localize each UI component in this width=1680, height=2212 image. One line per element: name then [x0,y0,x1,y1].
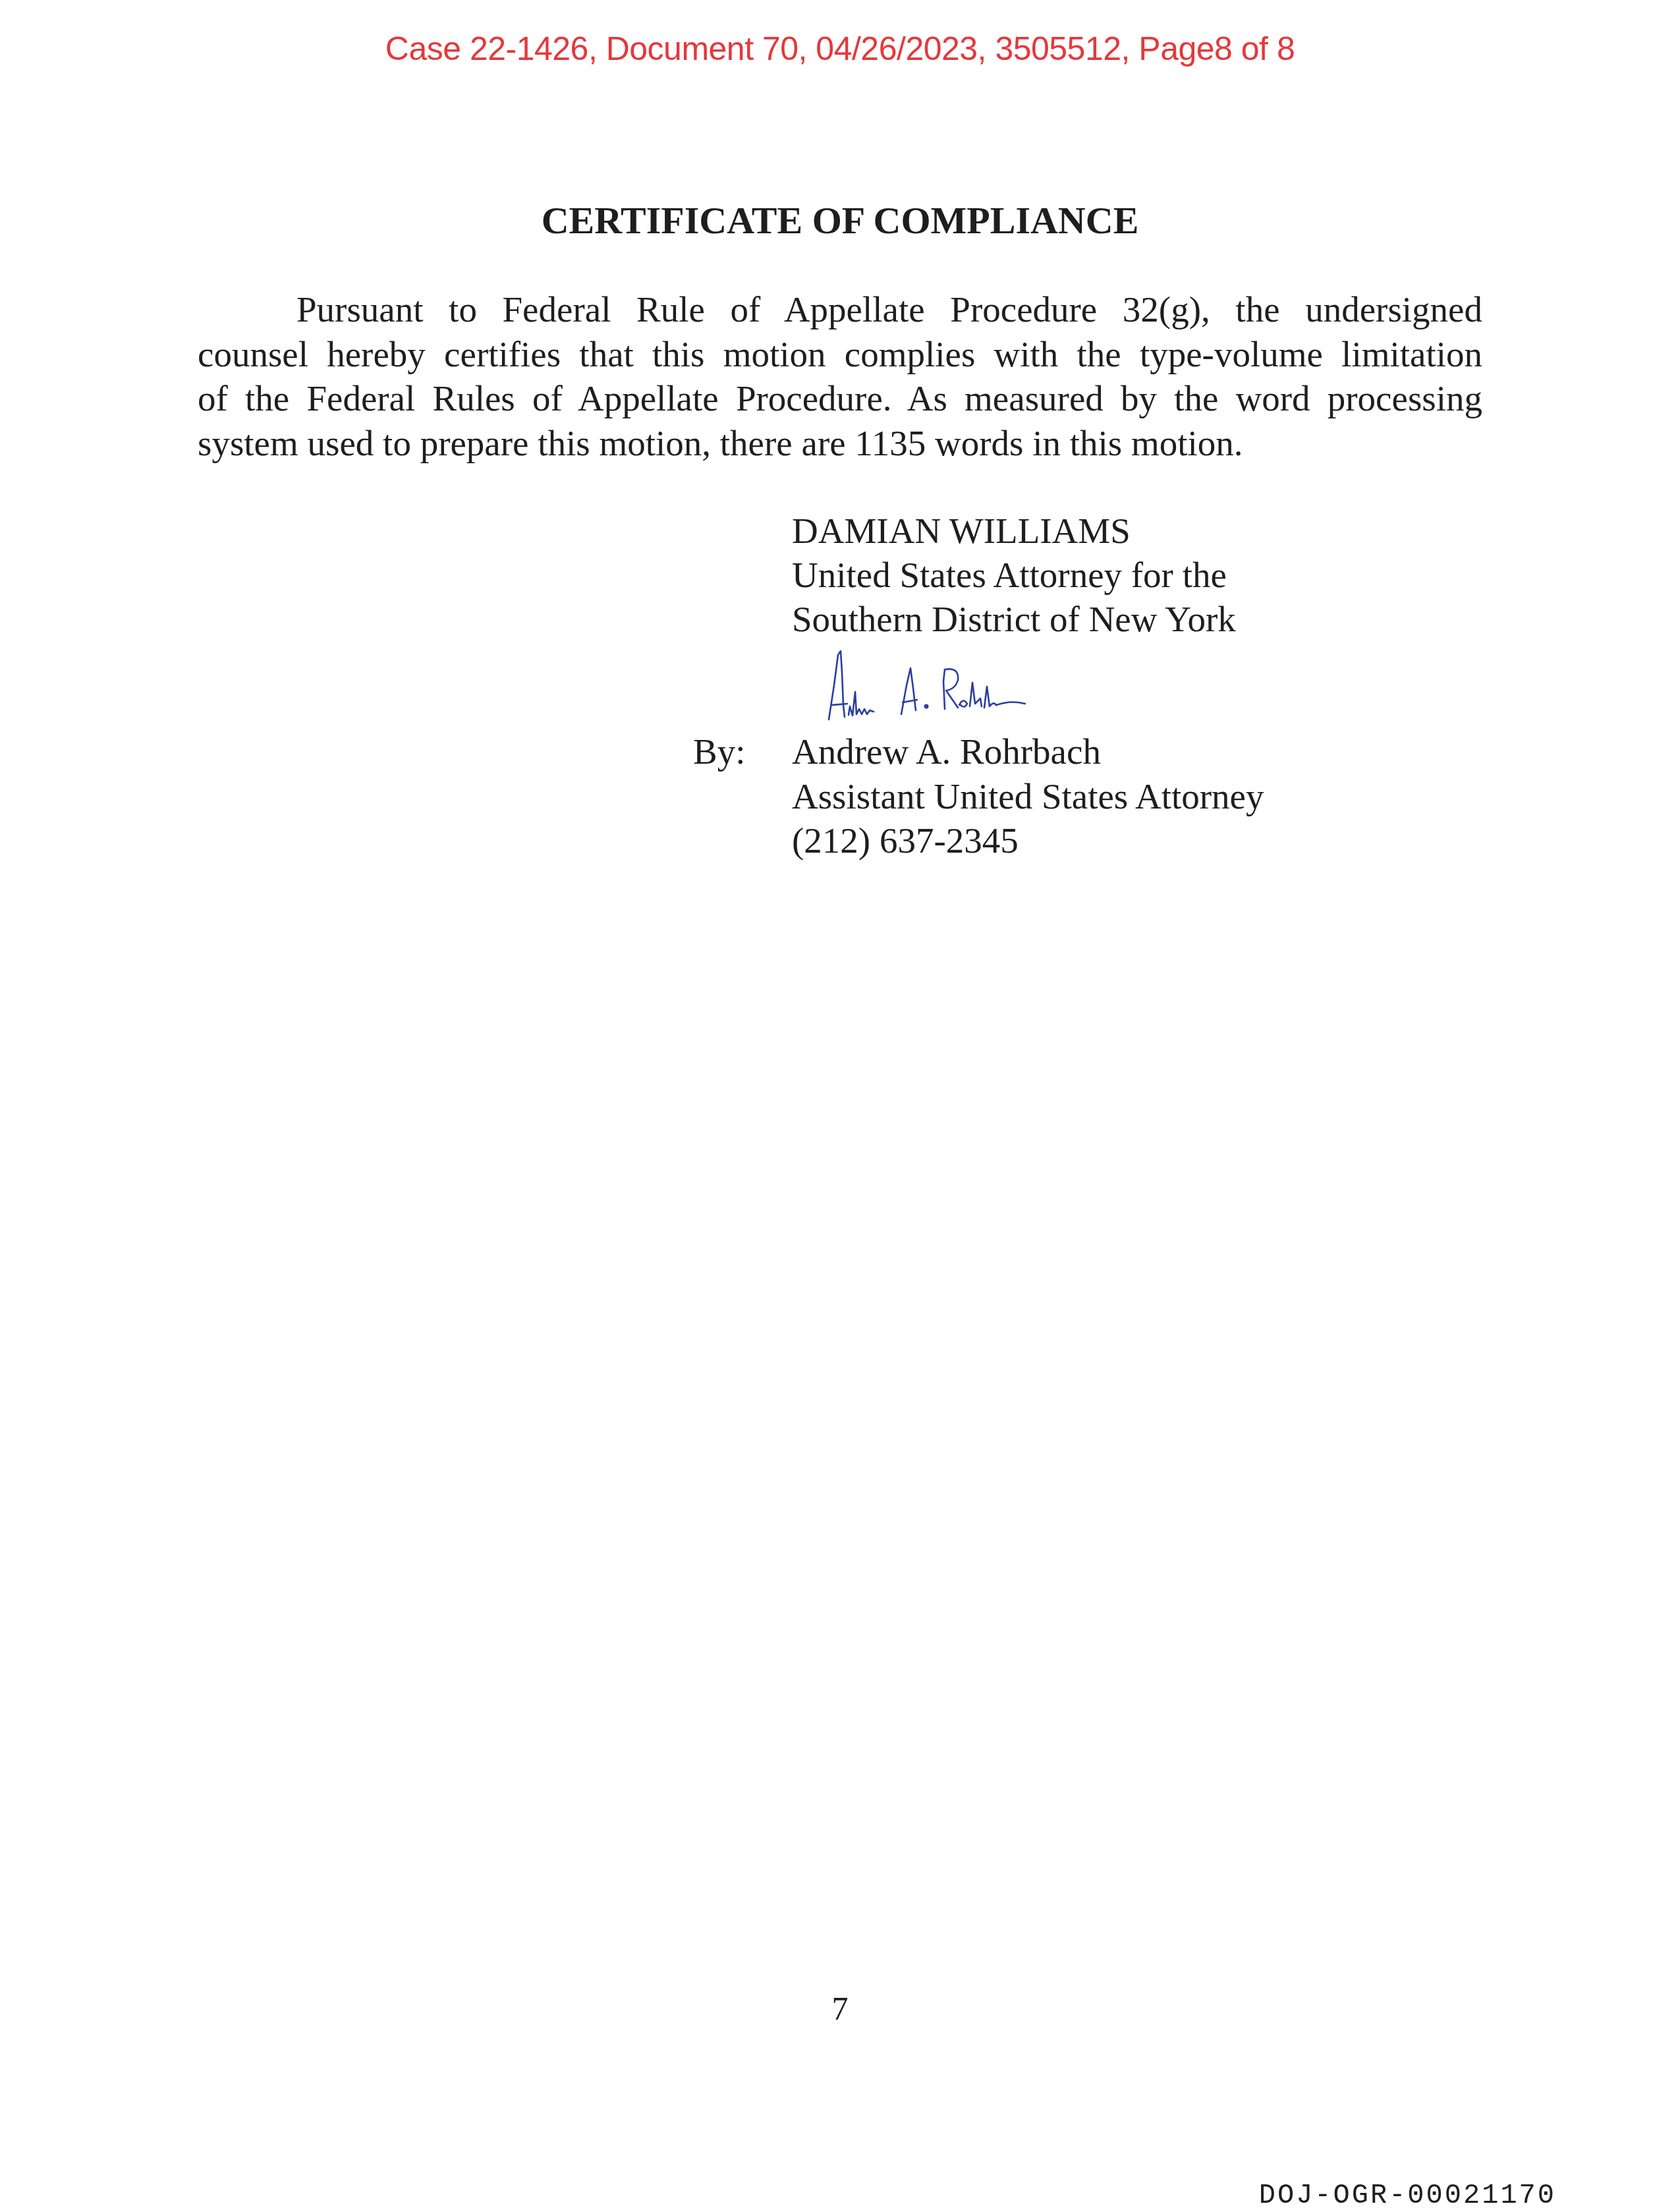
paragraph-line: of the Federal Rules of Appellate Proced… [198,376,1482,421]
compliance-paragraph: Pursuant to Federal Rule of Appellate Pr… [198,287,1482,465]
us-attorney-district: Southern District of New York [792,597,1236,641]
us-attorney-name: DAMIAN WILLIAMS [792,509,1236,553]
signer-phone: (212) 637-2345 [792,818,1264,863]
paragraph-line: counsel hereby certifies that this motio… [198,332,1482,377]
signer-name: Andrew A. Rohrbach [792,729,1264,774]
us-attorney-title: United States Attorney for the [792,553,1236,597]
signer-block: Andrew A. Rohrbach Assistant United Stat… [792,729,1264,863]
document-title: CERTIFICATE OF COMPLIANCE [0,198,1680,244]
page-number: 7 [0,1989,1680,2028]
case-stamp-header: Case 22-1426, Document 70, 04/26/2023, 3… [0,29,1680,69]
us-attorney-block: DAMIAN WILLIAMS United States Attorney f… [792,509,1236,641]
bates-number: DOJ-OGR-00021170 [1259,2180,1556,2211]
paragraph-line: system used to prepare this motion, ther… [198,421,1482,466]
signer-title: Assistant United States Attorney [792,774,1264,819]
handwritten-signature-icon [824,646,1028,725]
paragraph-line: Pursuant to Federal Rule of Appellate Pr… [198,287,1482,332]
by-label: By: [693,729,745,774]
